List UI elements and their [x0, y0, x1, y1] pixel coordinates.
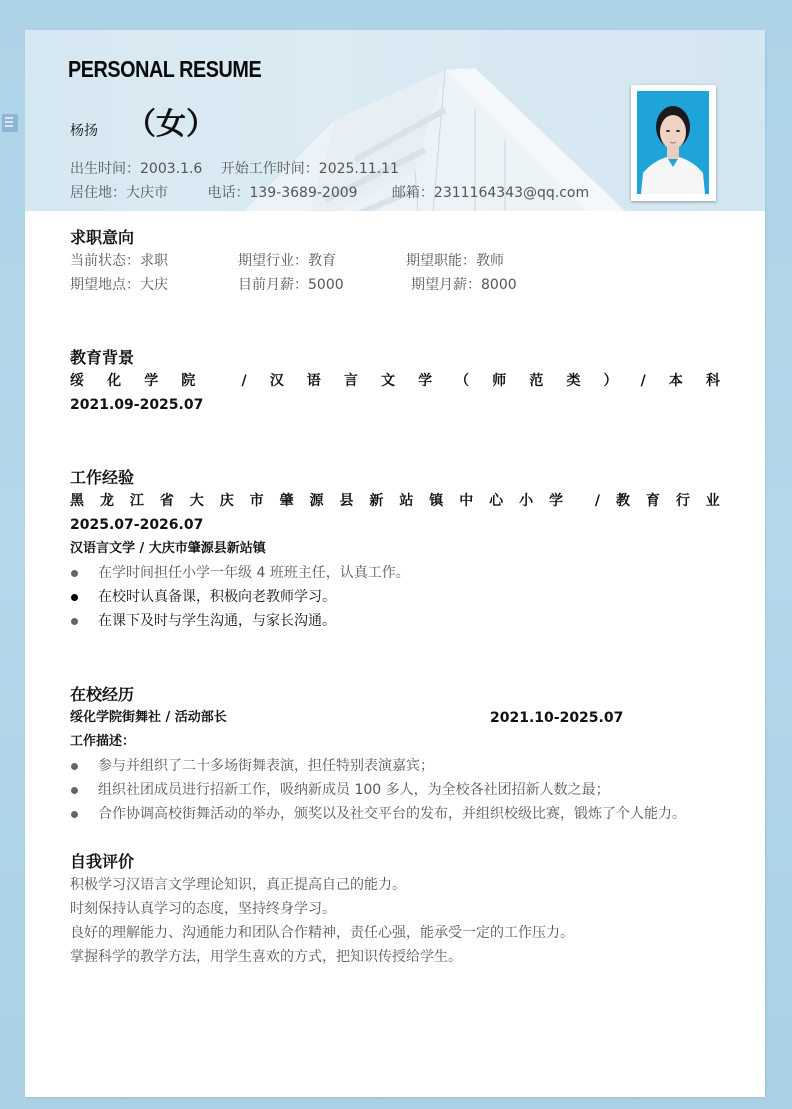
char: 范: [529, 369, 543, 393]
char: 中: [459, 489, 473, 513]
self-eval-section: 自我评价 积极学习汉语言文学理论知识，真正提高自己的能力。 时刻保持认真学习的态…: [70, 851, 720, 969]
char: 庆: [220, 489, 234, 513]
campus-section: 在校经历 绥化学院街舞社 / 活动部长 2021.10-2025.07 工作描述…: [70, 684, 720, 826]
candidate-gender: （女）: [126, 108, 216, 142]
list-item: 在学时间担任小学一年级 4 班班主任，认真工作。: [70, 561, 720, 585]
char: 师: [492, 369, 506, 393]
char: 市: [250, 489, 264, 513]
work-period: 2025.07-2026.07: [70, 513, 720, 537]
current-salary: 目前月薪：5000: [238, 273, 411, 297]
birth-date: 出生时间：2003.1.6: [70, 158, 202, 178]
section-title: 工作经验: [70, 467, 720, 489]
char: 小: [519, 489, 533, 513]
portrait-image: [637, 91, 709, 194]
char: 江: [130, 489, 144, 513]
char: 汉: [270, 369, 284, 393]
campus-org-row: 绥化学院街舞社 / 活动部长 2021.10-2025.07: [70, 706, 720, 730]
char: 县: [339, 489, 353, 513]
char: 省: [160, 489, 174, 513]
desktop-background: PERSONAL RESUME 杨扬 （女） 出生时间：2003.1.6 开始工…: [0, 0, 792, 1109]
work-subtitle: 汉语言文学 / 大庆市肇源县新站镇: [70, 537, 720, 561]
work-line: 黑 龙 江 省 大 庆 市 肇 源 县 新 站 镇 中 心 小 学 / 教 育: [70, 489, 720, 513]
list-item: 参与并组织了二十多场街舞表演，担任特别表演嘉宾；: [70, 754, 720, 778]
campus-desc-label: 工作描述：: [70, 730, 720, 754]
char: 镇: [429, 489, 443, 513]
campus-bullets: 参与并组织了二十多场街舞表演，担任特别表演嘉宾； 组织社团成员进行招新工作，吸纳…: [70, 754, 720, 826]
resume-title: PERSONAL RESUME: [68, 56, 261, 83]
section-title: 自我评价: [70, 851, 720, 873]
char: 育: [646, 489, 660, 513]
char: 源: [310, 489, 324, 513]
list-item: 在课下及时与学生沟通，与家长沟通。: [70, 609, 720, 633]
job-intent-section: 求职意向 当前状态：求职 期望行业：教育 期望职能：教师 期望地点：大庆 目前月…: [70, 227, 720, 297]
photo-frame: [631, 85, 716, 201]
bullet-icon: [71, 763, 78, 770]
section-title: 在校经历: [70, 684, 720, 706]
current-status: 当前状态：求职: [70, 249, 238, 273]
char: 化: [107, 369, 121, 393]
char: 绥: [70, 369, 84, 393]
self-eval-line: 积极学习汉语言文学理论知识，真正提高自己的能力。: [70, 873, 720, 897]
contact-line: 居住地：大庆市 电话：139-3689-2009 邮箱：2311164343@q…: [70, 182, 589, 202]
char: 科: [706, 369, 720, 393]
email-label: 邮箱：: [392, 182, 434, 202]
char: 言: [344, 369, 358, 393]
document-outline-icon[interactable]: [2, 114, 18, 132]
work-section: 工作经验 黑 龙 江 省 大 庆 市 肇 源 县 新 站 镇 中 心 小 学 /: [70, 467, 720, 633]
list-item: 在校时认真备课，积极向老教师学习。: [70, 585, 720, 609]
char: 院: [181, 369, 195, 393]
bullet-text: 在校时认真备课，积极向老教师学习。: [98, 589, 336, 605]
char: 新: [369, 489, 383, 513]
expected-function: 期望职能：教师: [406, 249, 504, 273]
section-title: 求职意向: [70, 227, 720, 249]
char: 语: [307, 369, 321, 393]
residence: 居住地：大庆市: [70, 182, 203, 202]
header-band: PERSONAL RESUME 杨扬 （女） 出生时间：2003.1.6 开始工…: [25, 30, 765, 211]
list-item: 组织社团成员进行招新工作，吸纳新成员 100 多人，为全校各社团招新人数之最；: [70, 778, 720, 802]
char: 心: [489, 489, 503, 513]
bullet-text: 组织社团成员进行招新工作，吸纳新成员 100 多人，为全校各社团招新人数之最；: [98, 782, 610, 798]
char: 类: [566, 369, 580, 393]
campus-period: 2021.10-2025.07: [490, 706, 623, 730]
expected-industry: 期望行业：教育: [238, 249, 406, 273]
candidate-name: 杨扬: [70, 120, 98, 140]
bullet-icon: [71, 811, 78, 818]
phone: 电话：139-3689-2009: [207, 182, 387, 202]
self-eval-line: 良好的理解能力、沟通能力和团队合作精神，责任心强，能承受一定的工作压力。: [70, 921, 720, 945]
name-row: 杨扬 （女）: [70, 108, 216, 142]
char: 业: [706, 489, 720, 513]
expected-location: 期望地点：大庆: [70, 273, 238, 297]
bullet-icon: [71, 594, 78, 601]
bullet-text: 在课下及时与学生沟通，与家长沟通。: [98, 613, 336, 629]
self-eval-line: 时刻保持认真学习的态度，坚持终身学习。: [70, 897, 720, 921]
char: 学: [418, 369, 432, 393]
char: /: [241, 369, 246, 393]
char: 龙: [100, 489, 114, 513]
campus-org: 绥化学院街舞社 / 活动部长: [70, 706, 490, 730]
id-photo: [637, 91, 709, 194]
char: 大: [190, 489, 204, 513]
char: （: [455, 369, 469, 393]
list-item: 合作协调高校街舞活动的举办，颁奖以及社交平台的发布，并组织校级比赛，锻炼了个人能…: [70, 802, 720, 826]
section-title: 教育背景: [70, 347, 720, 369]
char: 行: [676, 489, 690, 513]
work-bullets: 在学时间担任小学一年级 4 班班主任，认真工作。 在校时认真备课，积极向老教师学…: [70, 561, 720, 633]
self-eval-lines: 积极学习汉语言文学理论知识，真正提高自己的能力。 时刻保持认真学习的态度，坚持终…: [70, 873, 720, 969]
char: 黑: [70, 489, 84, 513]
education-section: 教育背景 绥 化 学 院 / 汉 语 言 文 学 （ 师 范 类 ） / 本 科: [70, 347, 720, 417]
bullet-text: 参与并组织了二十多场街舞表演，担任特别表演嘉宾；: [98, 758, 434, 774]
char: ）: [604, 369, 618, 393]
intent-row: 当前状态：求职 期望行业：教育 期望职能：教师: [70, 249, 720, 273]
start-work-date: 开始工作时间：2025.11.11: [221, 158, 399, 178]
bullet-icon: [71, 570, 78, 577]
char: 学: [144, 369, 158, 393]
char: 教: [616, 489, 630, 513]
char: 肇: [280, 489, 294, 513]
education-period: 2021.09-2025.07: [70, 393, 720, 417]
char: 站: [399, 489, 413, 513]
self-eval-line: 掌握科学的教学方法，用学生喜欢的方式，把知识传授给学生。: [70, 945, 720, 969]
intent-row: 期望地点：大庆 目前月薪：5000 期望月薪：8000: [70, 273, 720, 297]
email-value[interactable]: 2311164343@qq.com: [434, 185, 589, 201]
char: 文: [381, 369, 395, 393]
bullet-icon: [71, 787, 78, 794]
birth-start-line: 出生时间：2003.1.6 开始工作时间：2025.11.11: [70, 158, 399, 178]
bullet-text: 合作协调高校街舞活动的举办，颁奖以及社交平台的发布，并组织校级比赛，锻炼了个人能…: [98, 806, 686, 822]
char: /: [595, 489, 600, 513]
char: 学: [549, 489, 563, 513]
resume-page: PERSONAL RESUME 杨扬 （女） 出生时间：2003.1.6 开始工…: [25, 30, 765, 1097]
bullet-icon: [71, 618, 78, 625]
char: 本: [669, 369, 683, 393]
char: /: [641, 369, 646, 393]
bullet-text: 在学时间担任小学一年级 4 班班主任，认真工作。: [98, 565, 410, 581]
education-line: 绥 化 学 院 / 汉 语 言 文 学 （ 师 范 类 ） / 本 科: [70, 369, 720, 393]
expected-salary: 期望月薪：8000: [411, 273, 517, 297]
